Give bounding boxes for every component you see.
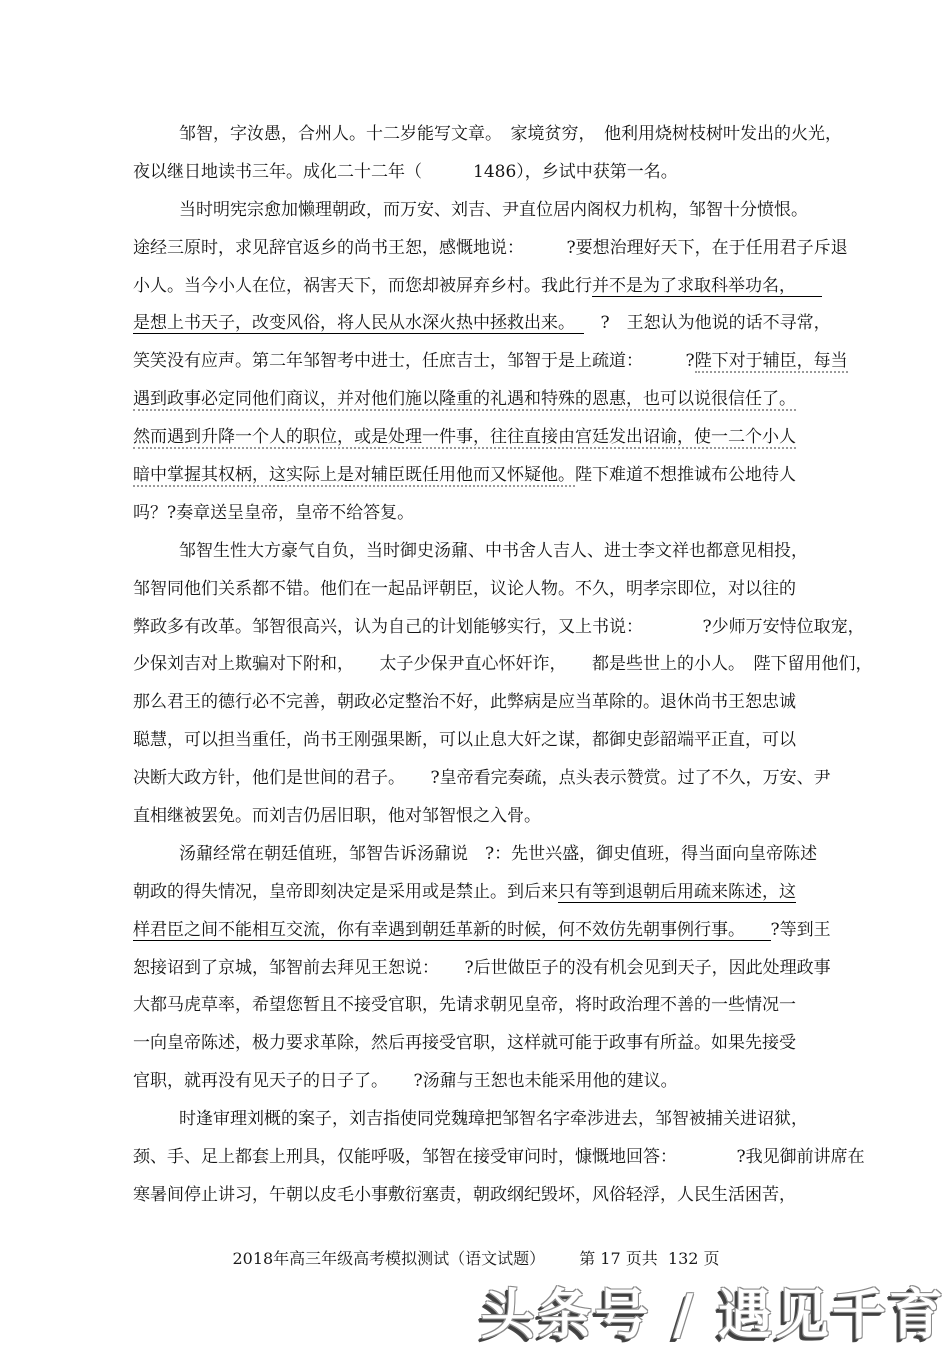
text-line: 吗？?奏章送呈皇帝，皇帝不给答复。 — [133, 495, 823, 533]
text-segment: 夜以继日地读书三年。成化二十二年（ 1486），乡试中获第一名。 — [133, 162, 678, 182]
text-line: 邹智，字汝愚，合州人。十二岁能写文章。 家境贫穷， 他利用烧树枝树叶发出的火光， — [133, 116, 823, 154]
text-line: 时逢审理刘概的案子，刘吉指使同党魏璋把邹智名字牵涉进去，邹智被捕关进诏狱， — [133, 1101, 823, 1139]
text-segment: 时逢审理刘概的案子，刘吉指使同党魏璋把邹智名字牵涉进去，邹智被捕关进诏狱， — [179, 1109, 808, 1129]
text-line: 是想上书天子，改变风俗，将人民从水深火热中拯救出来。 ? 王恕认为他说的话不寻常… — [133, 305, 823, 343]
text-segment: 朝政的得失情况，皇帝即刻决定是采用或是禁止。到后来 — [133, 882, 558, 902]
text-line: 遇到政事必定同他们商议，并对他们施以隆重的礼遇和特殊的恩惠，也可以说很信任了。 — [133, 381, 823, 419]
document-page: 邹智，字汝愚，合州人。十二岁能写文章。 家境贫穷， 他利用烧树枝树叶发出的火光，… — [0, 0, 952, 1349]
text-segment: 恕接诏到了京城，邹智前去拜见王恕说： ?后世做臣子的没有机会见到天子，因此处理政… — [133, 958, 831, 978]
text-line: 颈、手、足上都套上刑具，仅能呼吸，邹智在接受审问时，慷慨地回答： ?我见御前讲席… — [133, 1139, 823, 1177]
underlined-text-segment: 遇到政事必定同他们商议，并对他们施以隆重的礼遇和特殊的恩惠，也可以说很信任了。 — [133, 389, 796, 411]
text-line: 途经三原时，求见辞官返乡的尚书王恕，感慨地说： ?要想治理好天下，在于任用君子斥… — [133, 230, 823, 268]
underlined-text-segment: 然而遇到升降一个人的职位，或是处理一件事，往往直接由宫廷发出诏谕，使一二个小人 — [133, 427, 796, 449]
text-line: 暗中掌握其权柄，这实际上是对辅臣既任用他而又怀疑他。陛下难道不想推诚布公地待人 — [133, 457, 823, 495]
text-segment: 直相继被罢免。而刘吉仍居旧职，他对邹智恨之入骨。 — [133, 806, 541, 826]
underlined-text-segment: 是想上书天子，改变风俗，将人民从水深火热中拯救出来。 — [133, 313, 584, 334]
text-line: 朝政的得失情况，皇帝即刻决定是采用或是禁止。到后来只有等到退朝后用疏来陈述，这 — [133, 874, 823, 912]
text-line: 小人。当今小人在位，祸害天下，而您却被屏弃乡村。我此行并不是为了求取科举功名， — [133, 268, 823, 306]
text-segment: ? 王恕认为他说的话不寻常， — [584, 313, 831, 333]
page-footer: 2018年高三年级高考模拟测试（语文试题） 第 17 页共 132 页 — [0, 1246, 952, 1269]
text-segment: 聪慧，可以担当重任，尚书王刚强果断，可以止息大奸之谋，都御史彭韶端平正直，可以 — [133, 730, 796, 750]
text-line: 决断大政方针，他们是世间的君子。 ?皇帝看完奏疏，点头表示赞赏。过了不久，万安、… — [133, 760, 823, 798]
text-line: 一向皇帝陈述，极力要求革除，然后再接受官职，这样就可能于政事有所益。如果先接受 — [133, 1025, 823, 1063]
text-line: 那么君王的德行必不完善，朝政必定整治不好，此弊病是应当革除的。退休尚书王恕忠诚 — [133, 684, 823, 722]
text-line: 夜以继日地读书三年。成化二十二年（ 1486），乡试中获第一名。 — [133, 154, 823, 192]
text-segment: 决断大政方针，他们是世间的君子。 ?皇帝看完奏疏，点头表示赞赏。过了不久，万安、… — [133, 768, 831, 788]
text-segment: 颈、手、足上都套上刑具，仅能呼吸，邹智在接受审问时，慷慨地回答： ?我见御前讲席… — [133, 1147, 865, 1167]
footer-page-number: 第 17 页共 132 页 — [579, 1246, 719, 1269]
text-segment: 邹智同他们关系都不错。他们在一起品评朝臣，议论人物。不久，明孝宗即位，对以往的 — [133, 579, 796, 599]
text-segment: 汤鼐经常在朝廷值班，邹智告诉汤鼐说 ?：先世兴盛，御史值班，得当面向皇帝陈述 — [179, 844, 817, 864]
text-segment: 弊政多有改革。邹智很高兴，认为自己的计划能够实行，又上书说： ?少师万安恃位取宠… — [133, 617, 865, 637]
text-line: 然而遇到升降一个人的职位，或是处理一件事，往往直接由宫廷发出诏谕，使一二个小人 — [133, 419, 823, 457]
text-line: 寒暑间停止讲习，午朝以皮毛小事敷衍塞责，朝政纲纪毁坏，风俗轻浮，人民生活困苦， — [133, 1177, 823, 1215]
text-line: 样君臣之间不能相互交流，你有幸遇到朝廷革新的时候，何不效仿先朝事例行事。 ?等到… — [133, 912, 823, 950]
text-segment: 途经三原时，求见辞官返乡的尚书王恕，感慨地说： ?要想治理好天下，在于任用君子斥… — [133, 238, 848, 258]
text-line: 官职，就再没有见天子的日子了。 ?汤鼐与王恕也未能采用他的建议。 — [133, 1063, 823, 1101]
text-segment: 一向皇帝陈述，极力要求革除，然后再接受官职，这样就可能于政事有所益。如果先接受 — [133, 1033, 796, 1053]
text-segment: 邹智生性大方豪气自负，当时御史汤鼐、中书舍人吉人、进士李文祥也都意见相投， — [179, 541, 808, 561]
watermark-text: 头条号 / 遇见千育 — [481, 1272, 946, 1349]
underlined-text-segment: 只有等到退朝后用疏来陈述，这 — [558, 882, 796, 903]
underlined-text-segment: 暗中掌握其权柄，这实际上是对辅臣既任用他而又怀疑他。 — [133, 465, 575, 487]
text-segment: 邹智，字汝愚，合州人。十二岁能写文章。 家境贫穷， 他利用烧树枝树叶发出的火光， — [179, 124, 842, 144]
text-segment: 少保刘吉对上欺骗对下附和， 太子少保尹直心怀奸诈， 都是些世上的小人。 陛下留用… — [133, 654, 873, 674]
text-line: 大都马虎草率，希望您暂且不接受官职，先请求朝见皇帝，将时政治理不善的一些情况一 — [133, 987, 823, 1025]
text-line: 弊政多有改革。邹智很高兴，认为自己的计划能够实行，又上书说： ?少师万安恃位取宠… — [133, 609, 823, 647]
text-line: 恕接诏到了京城，邹智前去拜见王恕说： ?后世做臣子的没有机会见到天子，因此处理政… — [133, 950, 823, 988]
text-segment: 笑笑没有应声。第二年邹智考中进士，任庶吉士，邹智于是上疏道： ? — [133, 351, 695, 371]
text-segment: 小人。当今小人在位，祸害天下，而您却被屏弃乡村。我此行 — [133, 276, 592, 296]
text-segment: 当时明宪宗愈加懒理朝政，而万安、刘吉、尹直位居内阁权力机构，邹智十分愤恨。 — [179, 200, 808, 220]
text-line: 少保刘吉对上欺骗对下附和， 太子少保尹直心怀奸诈， 都是些世上的小人。 陛下留用… — [133, 646, 823, 684]
text-segment: 陛下难道不想推诚布公地待人 — [575, 465, 796, 485]
document-body: 邹智，字汝愚，合州人。十二岁能写文章。 家境贫穷， 他利用烧树枝树叶发出的火光，… — [133, 116, 823, 1215]
footer-exam-title: 2018年高三年级高考模拟测试（语文试题） — [232, 1246, 545, 1269]
text-line: 聪慧，可以担当重任，尚书王刚强果断，可以止息大奸之谋，都御史彭韶端平正直，可以 — [133, 722, 823, 760]
text-line: 当时明宪宗愈加懒理朝政，而万安、刘吉、尹直位居内阁权力机构，邹智十分愤恨。 — [133, 192, 823, 230]
text-segment: 吗？?奏章送呈皇帝，皇帝不给答复。 — [133, 503, 414, 523]
text-line: 邹智生性大方豪气自负，当时御史汤鼐、中书舍人吉人、进士李文祥也都意见相投， — [133, 533, 823, 571]
text-segment: 那么君王的德行必不完善，朝政必定整治不好，此弊病是应当革除的。退休尚书王恕忠诚 — [133, 692, 796, 712]
text-segment: ?等到王 — [771, 920, 831, 940]
text-segment: 寒暑间停止讲习，午朝以皮毛小事敷衍塞责，朝政纲纪毁坏，风俗轻浮，人民生活困苦， — [133, 1185, 796, 1205]
underlined-text-segment: 陛下对于辅臣，每当 — [695, 351, 848, 373]
underlined-text-segment: 样君臣之间不能相互交流，你有幸遇到朝廷革新的时候，何不效仿先朝事例行事。 — [133, 920, 771, 941]
text-line: 邹智同他们关系都不错。他们在一起品评朝臣，议论人物。不久，明孝宗即位，对以往的 — [133, 571, 823, 609]
text-line: 直相继被罢免。而刘吉仍居旧职，他对邹智恨之入骨。 — [133, 798, 823, 836]
underlined-text-segment: 并不是为了求取科举功名， — [592, 276, 822, 297]
text-segment: 官职，就再没有见天子的日子了。 ?汤鼐与王恕也未能采用他的建议。 — [133, 1071, 678, 1091]
text-line: 汤鼐经常在朝廷值班，邹智告诉汤鼐说 ?：先世兴盛，御史值班，得当面向皇帝陈述 — [133, 836, 823, 874]
text-line: 笑笑没有应声。第二年邹智考中进士，任庶吉士，邹智于是上疏道： ?陛下对于辅臣，每… — [133, 343, 823, 381]
text-segment: 大都马虎草率，希望您暂且不接受官职，先请求朝见皇帝，将时政治理不善的一些情况一 — [133, 995, 796, 1015]
